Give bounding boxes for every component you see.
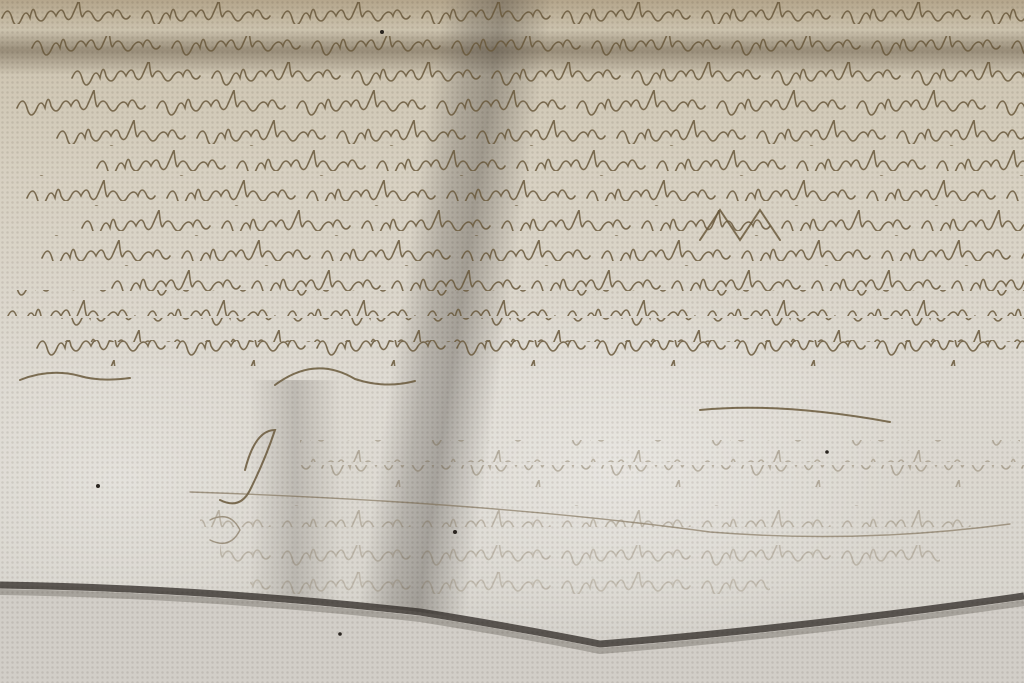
- parchment-texture: [0, 0, 1024, 683]
- manuscript-photo: Close-up photograph of a folded, stained…: [0, 0, 1024, 683]
